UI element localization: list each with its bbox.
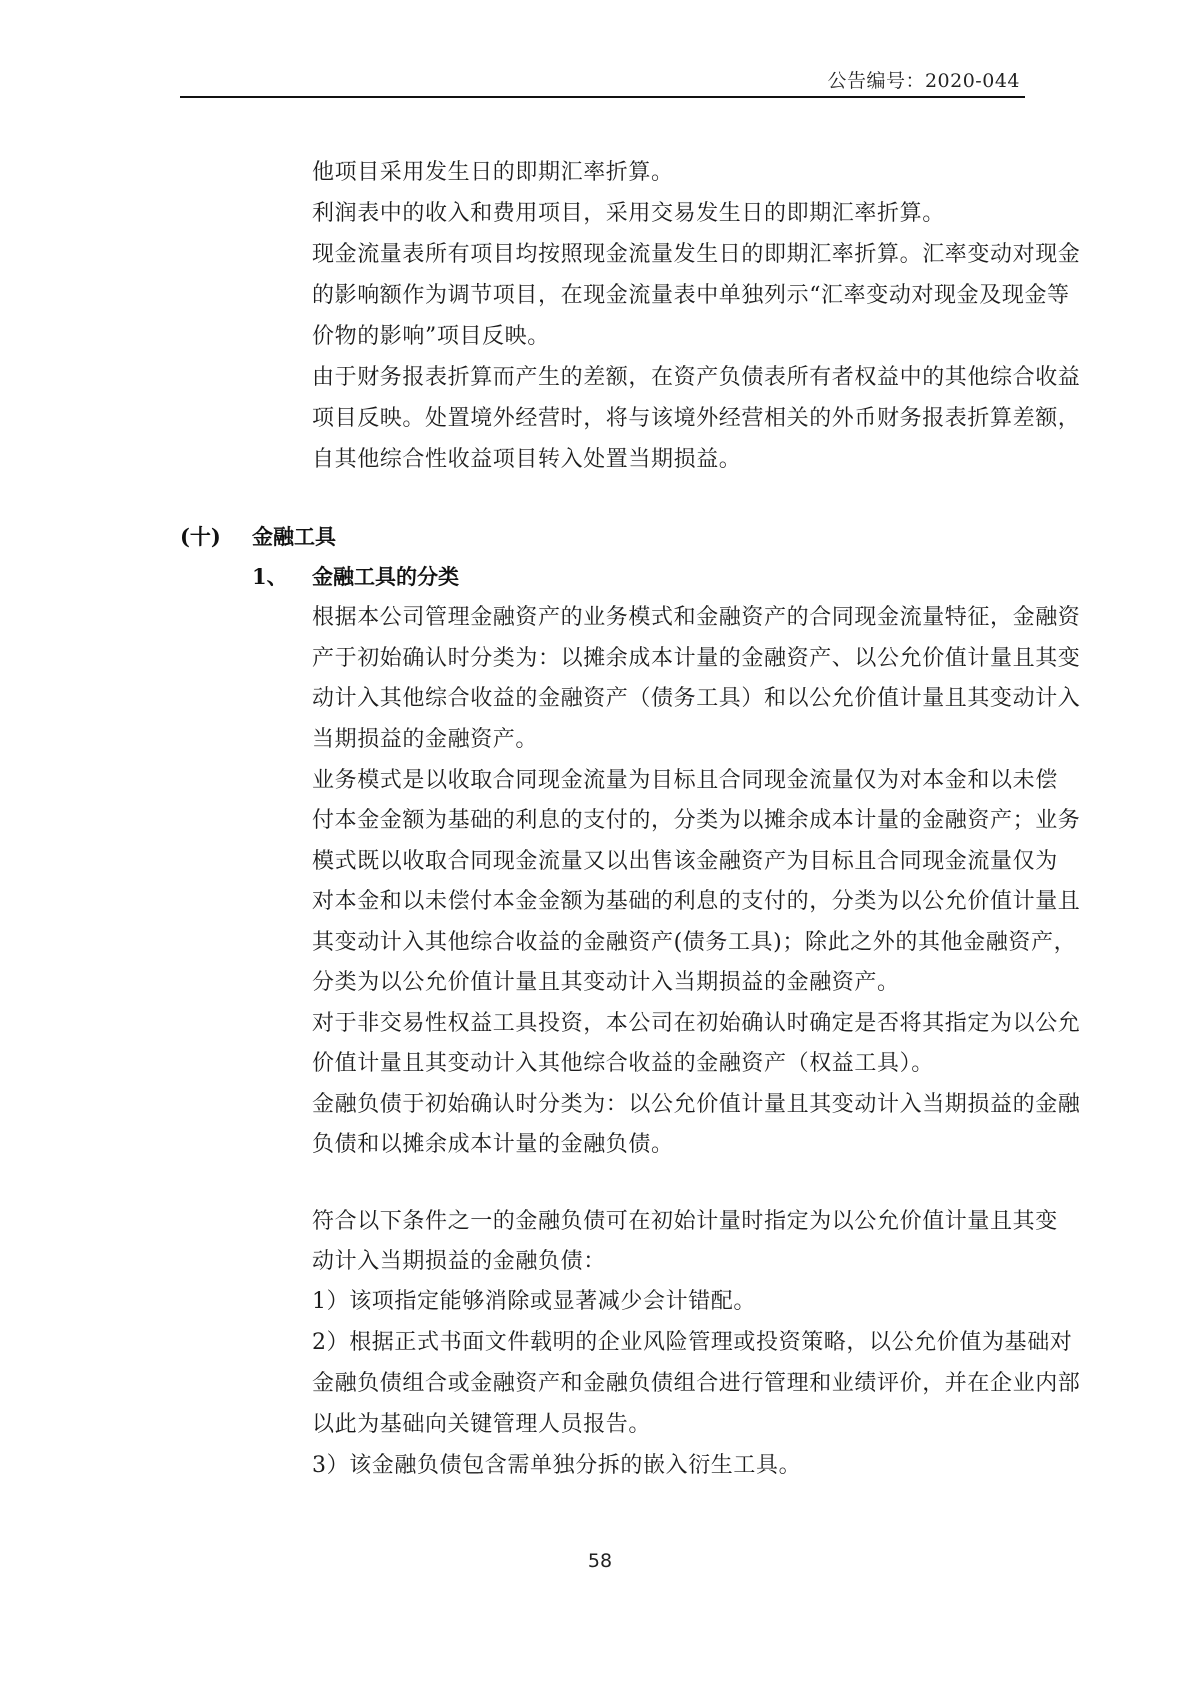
subsection-title: 金融工具的分类 xyxy=(312,562,459,592)
paragraph-line: 的影响额作为调节项目，在现金流量表中单独列示“汇率变动对现金及现金等 xyxy=(312,281,1022,311)
paragraph-line: 负债和以摊余成本计量的金融负债。 xyxy=(312,1130,1022,1160)
paragraph-line: 由于财务报表折算而产生的差额，在资产负债表所有者权益中的其他综合收益 xyxy=(312,363,1022,393)
section-number: (十) xyxy=(180,522,221,552)
paragraph-line: 金融负债组合或金融资产和金融负债组合进行管理和业绩评价，并在企业内部 xyxy=(312,1369,1022,1399)
paragraph-line: 价值计量且其变动计入其他综合收益的金融资产（权益工具）。 xyxy=(312,1049,1022,1079)
paragraph-line: 以此为基础向关键管理人员报告。 xyxy=(312,1410,1022,1440)
list-item: 1）该项指定能够消除或显著减少会计错配。 xyxy=(312,1287,1022,1317)
paragraph-line: 分类为以公允价值计量且其变动计入当期损益的金融资产。 xyxy=(312,968,1022,998)
paragraph-line: 产于初始确认时分类为：以摊余成本计量的金融资产、以公允价值计量且其变 xyxy=(312,644,1022,674)
paragraph-line: 对本金和以未偿付本金金额为基础的利息的支付的，分类为以公允价值计量且 xyxy=(312,887,1022,917)
paragraph-line: 当期损益的金融资产。 xyxy=(312,725,1022,755)
paragraph-line: 利润表中的收入和费用项目，采用交易发生日的即期汇率折算。 xyxy=(312,199,1022,229)
section-title: 金融工具 xyxy=(252,522,336,552)
subsection-number: 1、 xyxy=(252,562,288,592)
list-item: 3）该金融负债包含需单独分拆的嵌入衍生工具。 xyxy=(312,1451,1022,1481)
paragraph-line: 金融负债于初始确认时分类为：以公允价值计量且其变动计入当期损益的金融 xyxy=(312,1090,1022,1120)
document-page: 公告编号：2020-044 他项目采用发生日的即期汇率折算。 利润表中的收入和费… xyxy=(0,0,1200,1696)
paragraph-line: 其变动计入其他综合收益的金融资产(债务工具)；除此之外的其他金融资产， xyxy=(312,928,1022,958)
paragraph-line: 符合以下条件之一的金融负债可在初始计量时指定为以公允价值计量且其变 xyxy=(312,1207,1022,1237)
paragraph-line: 业务模式是以收取合同现金流量为目标且合同现金流量仅为对本金和以未偿 xyxy=(312,766,1022,796)
paragraph-line: 根据本公司管理金融资产的业务模式和金融资产的合同现金流量特征，金融资 xyxy=(312,603,1022,633)
paragraph-line: 对于非交易性权益工具投资，本公司在初始确认时确定是否将其指定为以公允 xyxy=(312,1009,1022,1039)
paragraph-line: 付本金金额为基础的利息的支付的，分类为以摊余成本计量的金融资产；业务 xyxy=(312,806,1022,836)
paragraph-line: 动计入当期损益的金融负债： xyxy=(312,1247,1022,1277)
page-number: 58 xyxy=(0,1550,1200,1572)
header-divider xyxy=(180,96,1025,98)
paragraph-line: 他项目采用发生日的即期汇率折算。 xyxy=(312,158,1022,188)
paragraph-line: 价物的影响”项目反映。 xyxy=(312,322,1022,352)
paragraph-line: 项目反映。处置境外经营时，将与该境外经营相关的外币财务报表折算差额， xyxy=(312,404,1022,434)
paragraph-line: 自其他综合性收益项目转入处置当期损益。 xyxy=(312,445,1022,475)
list-item: 2）根据正式书面文件载明的企业风险管理或投资策略，以公允价值为基础对 xyxy=(312,1328,1022,1358)
paragraph-line: 动计入其他综合收益的金融资产（债务工具）和以公允价值计量且其变动计入 xyxy=(312,684,1022,714)
announcement-number: 公告编号：2020-044 xyxy=(827,66,1020,93)
paragraph-line: 模式既以收取合同现金流量又以出售该金融资产为目标且合同现金流量仅为 xyxy=(312,847,1022,877)
paragraph-line: 现金流量表所有项目均按照现金流量发生日的即期汇率折算。汇率变动对现金 xyxy=(312,240,1022,270)
